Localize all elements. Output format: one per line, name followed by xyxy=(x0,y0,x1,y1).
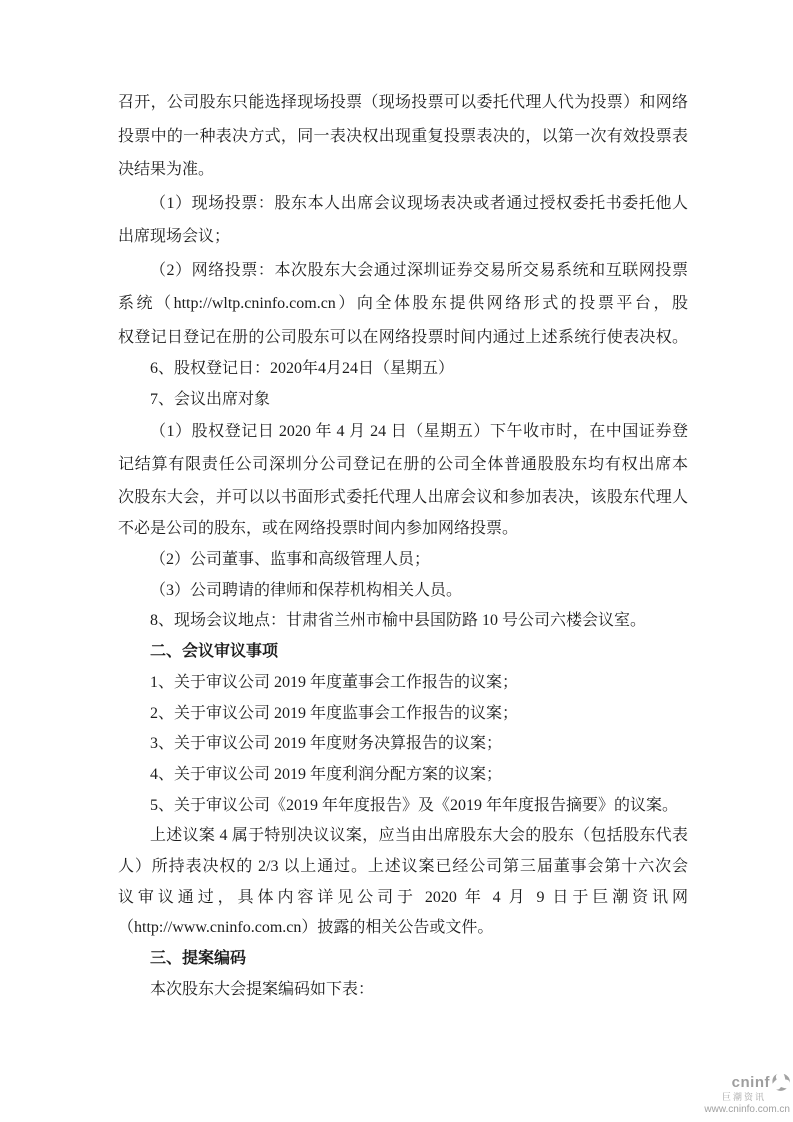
list-item-directors: （2）公司董事、监事和高级管理人员； xyxy=(118,545,688,576)
proposal-item-4: 4、关于审议公司 2019 年度利润分配方案的议案； xyxy=(118,760,688,791)
cninfo-brand-chinese: 巨潮资讯 xyxy=(704,1090,766,1103)
body-line: 出席现场会议； xyxy=(118,220,688,254)
cninfo-watermark: cninf 巨潮资讯 www.cninfo.com.cn xyxy=(704,1073,790,1115)
body-line: （http://www.cninfo.com.cn）披露的相关公告或文件。 xyxy=(118,913,688,944)
body-line: 权登记日登记在册的公司股东可以在网络投票时间内通过上述系统行使表决权。 xyxy=(118,321,688,355)
body-line: （1）现场投票：股东本人出席会议现场表决或者通过授权委托书委托他人 xyxy=(118,187,688,221)
list-item-lawyers: （3）公司聘请的律师和保荐机构相关人员。 xyxy=(118,576,688,607)
document-body: 召开，公司股东只能选择现场投票（现场投票可以委托代理人代为投票）和网络 投票中的… xyxy=(118,86,688,1005)
body-line: 投票中的一种表决方式，同一表决权出现重复投票表决的，以第一次有效投票表 xyxy=(118,120,688,154)
cninfo-swirl-icon xyxy=(772,1073,790,1091)
list-item-attendees: 7、会议出席对象 xyxy=(118,385,688,416)
proposal-item-5: 5、关于审议公司《2019 年年度报告》及《2019 年年度报告摘要》的议案。 xyxy=(118,791,688,822)
list-item-record-date: 6、股权登记日：2020年4月24日（星期五） xyxy=(118,354,688,385)
body-line: 次股东大会，并可以以书面形式委托代理人出席会议和参加表决，该股东代理人 xyxy=(118,481,688,514)
proposal-item-2: 2、关于审议公司 2019 年度监事会工作报告的议案； xyxy=(118,699,688,730)
body-line: 人）所持表决权的 2/3 以上通过。上述议案已经公司第三届董事会第十六次会 xyxy=(118,852,688,883)
body-line: （1）股权登记日 2020 年 4 月 24 日（星期五）下午收市时，在中国证券… xyxy=(118,415,688,448)
section-heading-proposal-code: 三、提案编码 xyxy=(118,944,688,975)
body-line: 记结算有限责任公司深圳分公司登记在册的公司全体普通股股东均有权出席本 xyxy=(118,448,688,481)
body-line: 议审议通过，具体内容详见公司于 2020 年 4 月 9 日于巨潮资讯网 xyxy=(118,883,688,914)
body-line: 本次股东大会提案编码如下表： xyxy=(118,975,688,1006)
body-line: 不必是公司的股东，或在网络投票时间内参加网络投票。 xyxy=(118,514,688,545)
section-heading-deliberation: 二、会议审议事项 xyxy=(118,637,688,668)
cninfo-logo-row: cninf xyxy=(704,1073,790,1091)
list-item-venue: 8、现场会议地点：甘肃省兰州市榆中县国防路 10 号公司六楼会议室。 xyxy=(118,606,688,637)
body-line: 决结果为准。 xyxy=(118,153,688,187)
proposal-item-1: 1、关于审议公司 2019 年度董事会工作报告的议案； xyxy=(118,668,688,699)
body-line: （2）网络投票：本次股东大会通过深圳证券交易所交易系统和互联网投票 xyxy=(118,254,688,288)
body-line: 系统（http://wltp.cninfo.com.cn）向全体股东提供网络形式… xyxy=(118,287,688,321)
body-line: 上述议案 4 属于特别决议议案，应当由出席股东大会的股东（包括股东代表 xyxy=(118,821,688,852)
cninfo-logo-text: cninf xyxy=(732,1074,770,1091)
proposal-item-3: 3、关于审议公司 2019 年度财务决算报告的议案； xyxy=(118,729,688,760)
document-page: 召开，公司股东只能选择现场投票（现场投票可以委托代理人代为投票）和网络 投票中的… xyxy=(0,0,793,1122)
body-line: 召开，公司股东只能选择现场投票（现场投票可以委托代理人代为投票）和网络 xyxy=(118,86,688,120)
cninfo-website-url: www.cninfo.com.cn xyxy=(704,1104,790,1115)
